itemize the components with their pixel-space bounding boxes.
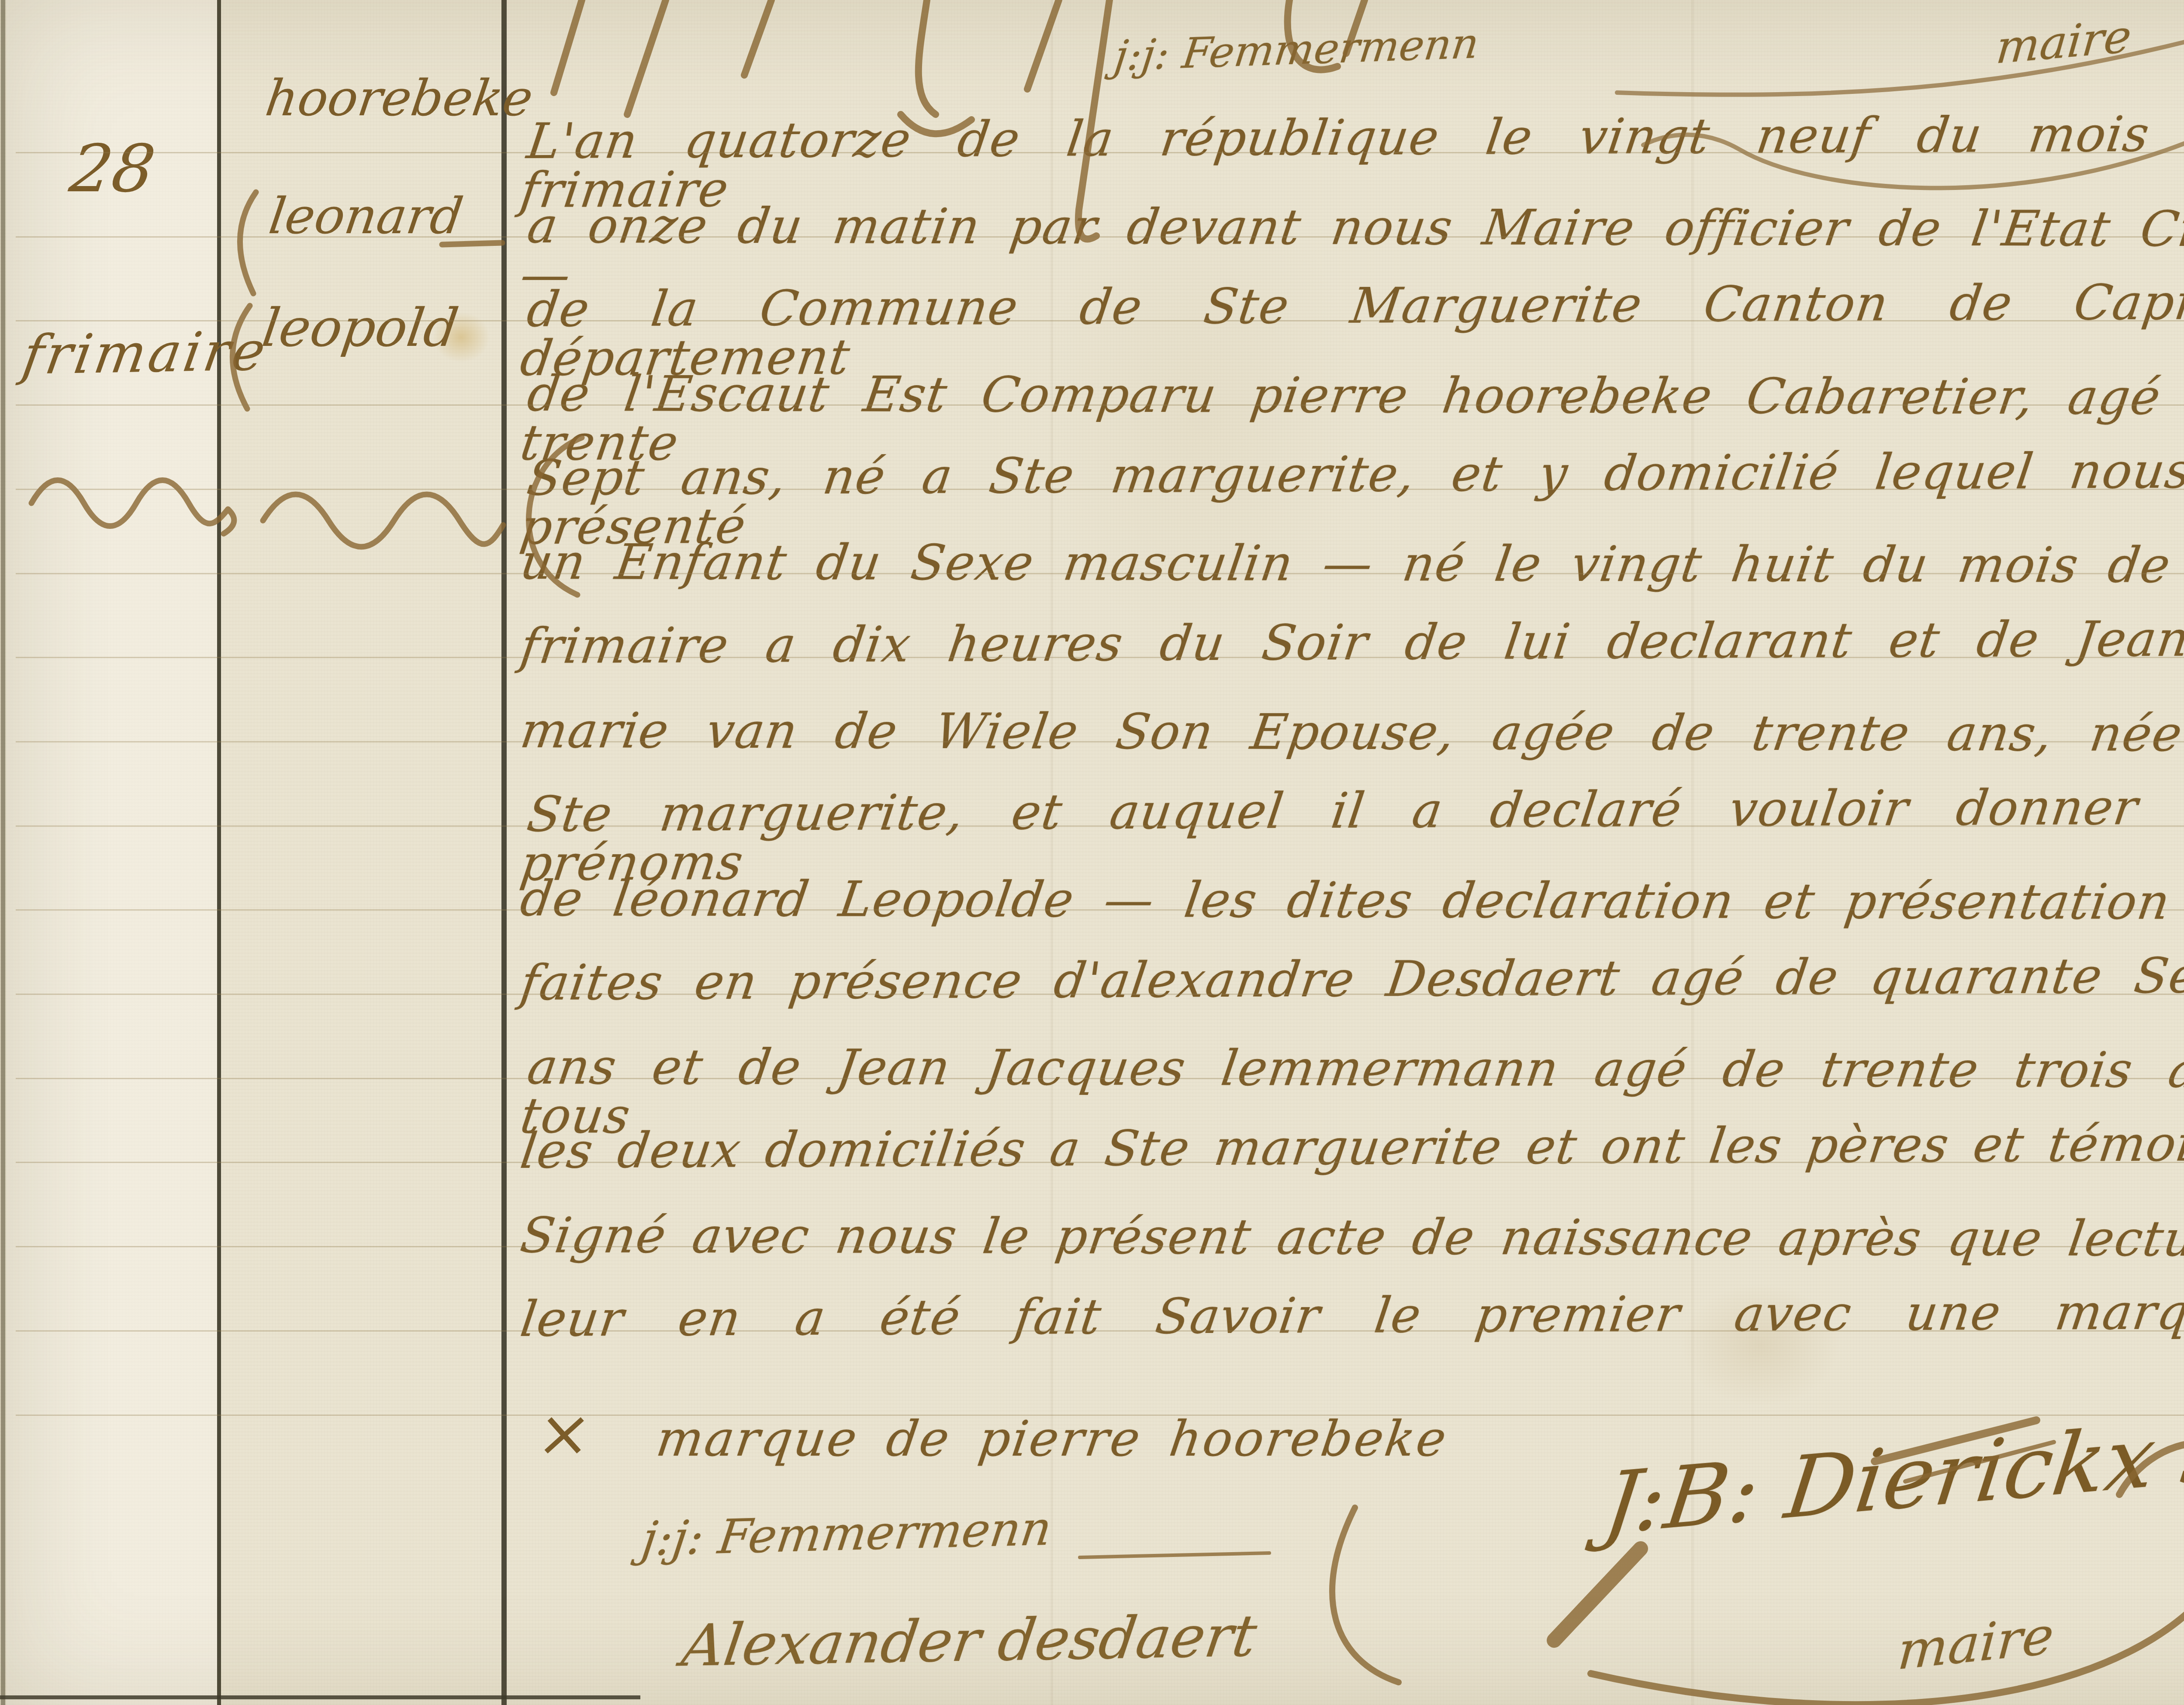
act-line: un Enfant du Sexe masculin — né le vingt… [518,538,2184,590]
witness2-signature: Alexander desdaert [678,1602,1261,1680]
act-line: les deux domiciliés a Ste marguerite et … [518,1119,2184,1176]
mark-caption: marque de pierre hoorebeke [653,1411,1451,1467]
mark-row: ×marque de pierre hoorebeke [537,1396,1448,1471]
margin-flourishes [31,192,582,595]
page: 28 frimaire hoorebeke leonard leopold j:… [0,0,2184,1705]
left-edge-rule [1,0,5,1705]
act-line: Signé avec nous le présent acte de naiss… [518,1211,2184,1263]
act-line: leur en a été fait Savoir le premier ave… [518,1287,2184,1344]
witness1-signature: j:j: Femmermenn [639,1501,1055,1567]
act-line: marie van de Wiele Son Epouse, agée de t… [518,706,2184,759]
column-rule-2 [501,0,507,1705]
act-line: faites en présence d'alexandre Desdaert … [518,951,2184,1008]
margin-name-first: leonard [266,187,467,245]
margin-name-middle: leopold [259,298,462,359]
margin-date-day: 28 [66,131,159,207]
column-rule-1 [217,0,221,1705]
act-line: de léonard Leopolde — les dites declarat… [518,874,2184,927]
act-line: frimaire a dix heures du Soir de lui dec… [518,614,2184,671]
margin-column-highlight [6,0,217,1705]
margin-date-month: frimaire [18,320,272,387]
margin-name-surname: hoorebeke [262,69,536,127]
cross-mark: × [533,1396,595,1471]
